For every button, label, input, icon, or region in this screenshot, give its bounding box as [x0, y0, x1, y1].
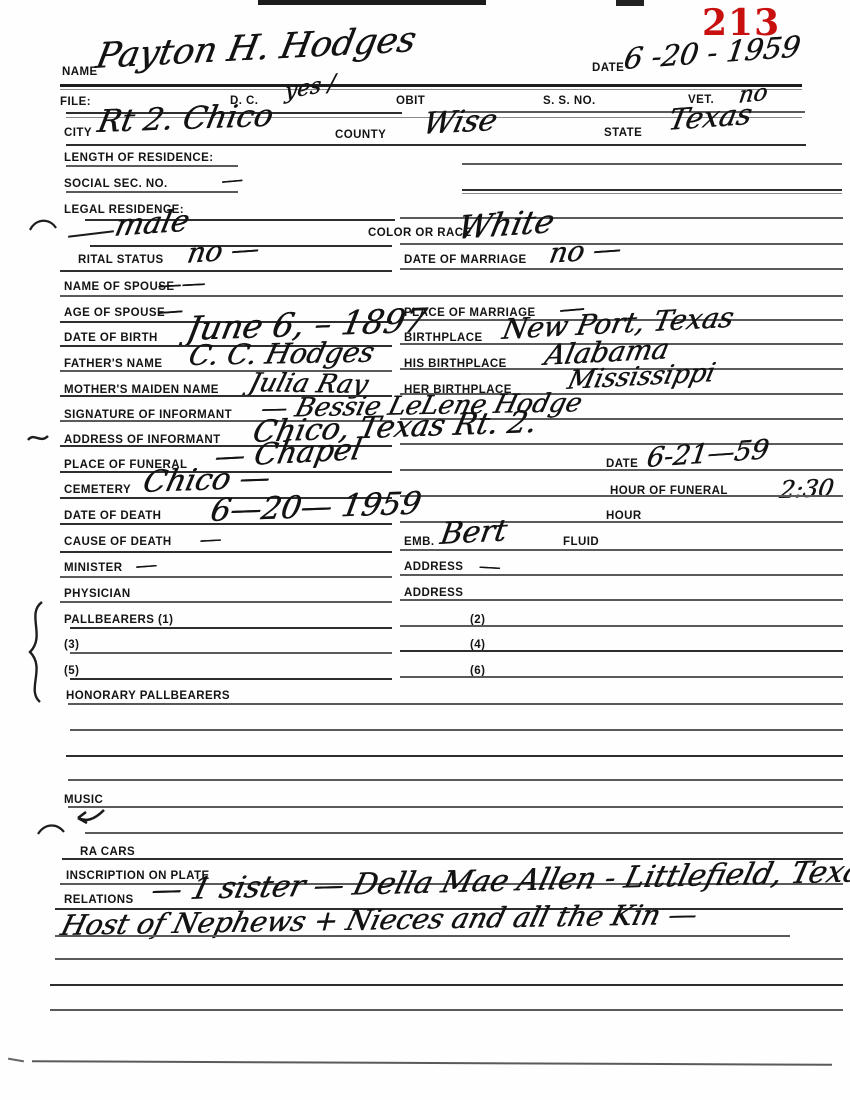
rule-line	[70, 652, 392, 654]
county-label: COUNTY	[335, 129, 386, 142]
date-of-marriage-value: no —	[547, 235, 624, 268]
extra-cars-label: RA CARS	[80, 846, 135, 859]
rule-line	[462, 189, 842, 191]
name-of-spouse-value: ——	[157, 271, 206, 297]
rule-line	[60, 89, 802, 90]
rule-line	[400, 443, 843, 445]
cemetery-label: CEMETERY	[64, 484, 131, 497]
relations-label: RELATIONS	[64, 894, 134, 907]
funeral-date-value: 6-21—59	[645, 436, 771, 472]
marital-status-label: RITAL STATUS	[78, 254, 164, 267]
left-squiggle-mark	[26, 430, 50, 446]
rule-line	[32, 1060, 832, 1065]
sex-lead-stroke	[68, 230, 114, 238]
rule-line	[60, 576, 392, 578]
age-of-spouse-label: AGE OF SPOUSE	[64, 307, 165, 320]
top-edge-band	[258, 0, 486, 5]
rule-line	[66, 191, 238, 193]
fathers-name-value: C. C. Hodges	[186, 339, 377, 370]
dc-value: yes /	[284, 72, 336, 104]
rule-line	[70, 678, 392, 680]
rule-line	[55, 958, 843, 960]
ss-no-label: S. S. NO.	[543, 95, 596, 108]
physician-label: PHYSICIAN	[64, 588, 131, 601]
rule-line	[50, 1009, 843, 1011]
emb-value: Bert	[438, 516, 509, 550]
date-of-death-value: 6—20— 1959	[208, 488, 423, 527]
obit-label: OBIT	[396, 95, 425, 108]
relations-value-line1: — 1 sister — Della Mae Allen - Littlefie…	[148, 857, 850, 906]
left-arc-mark	[36, 822, 66, 836]
rule-line	[66, 755, 843, 757]
name-value: Payton H. Hodges	[93, 23, 419, 75]
state-label: STATE	[604, 127, 642, 140]
rule-line	[462, 193, 842, 194]
rule-line	[60, 601, 392, 603]
hour-of-funeral-value: 2:30	[778, 476, 835, 502]
rule-line	[400, 574, 843, 576]
social-sec-no-label: SOCIAL SEC. NO.	[64, 178, 168, 191]
rule-line	[400, 495, 843, 497]
rule-line	[66, 165, 238, 167]
rule-line	[400, 469, 843, 471]
rule-line	[85, 832, 843, 834]
rule-line	[60, 270, 392, 272]
date-value: 6 -20 - 1959	[622, 32, 802, 74]
city-value: Rt 2. Chico	[95, 101, 276, 138]
honorary-pallbearers-label: HONORARY PALLBEARERS	[66, 690, 230, 703]
music-arrow-mark	[72, 806, 108, 826]
date-of-marriage-label: DATE OF MARRIAGE	[404, 254, 527, 267]
rule-line	[66, 144, 806, 146]
pallbearers-1-label: PALLBEARERS (1)	[64, 614, 173, 627]
rule-line	[68, 703, 843, 705]
rule-line	[400, 676, 843, 678]
cause-of-death-label: CAUSE OF DEATH	[64, 536, 172, 549]
fathers-name-label: FATHER'S NAME	[64, 358, 162, 371]
left-paren-mark	[28, 216, 58, 232]
rule-line	[70, 627, 392, 629]
emb-label: EMB.	[404, 536, 435, 549]
rule-line	[68, 779, 843, 781]
pallbearers-3-label: (3)	[64, 639, 79, 652]
date-of-birth-label: DATE OF BIRTH	[64, 332, 158, 345]
rule-line	[60, 551, 392, 553]
rule-line	[55, 935, 790, 937]
color-or-race-value: White	[455, 205, 557, 244]
file-label: FILE:	[60, 96, 91, 109]
rule-line	[400, 549, 843, 551]
rule-line	[50, 984, 843, 986]
cause-of-death-value: —	[199, 529, 222, 552]
rule-line	[400, 268, 843, 270]
rule-line	[400, 599, 843, 601]
minister-value: —	[134, 555, 157, 578]
marital-status-value: no —	[185, 235, 262, 268]
top-edge-band-small	[616, 0, 644, 6]
rule-line	[68, 806, 843, 808]
rule-line	[400, 650, 843, 652]
date-label: DATE	[592, 62, 624, 75]
rule-line	[70, 729, 843, 731]
rule-line	[60, 84, 802, 87]
bottom-left-dash	[8, 1058, 24, 1063]
left-curly-brace	[18, 600, 46, 704]
minister-address-label: ADDRESS	[404, 561, 463, 574]
social-sec-no-value: —	[220, 169, 244, 193]
pallbearers-5-label: (5)	[64, 665, 79, 678]
rule-line	[60, 523, 392, 525]
music-label: MUSIC	[64, 794, 103, 807]
physician-address-label: ADDRESS	[404, 587, 463, 600]
state-value: Texas	[666, 100, 754, 135]
city-label: CITY	[64, 127, 92, 140]
rule-line	[462, 163, 842, 165]
length-of-residence-label: LENGTH OF RESIDENCE:	[64, 152, 214, 165]
sex-value: male	[112, 206, 192, 242]
her-birthplace-value: Mississippi	[565, 360, 717, 394]
date-of-death-label: DATE OF DEATH	[64, 510, 161, 523]
funeral-record-card: 213 NAME Payton H. Hodges DATE 6 -20 - 1…	[0, 0, 850, 1100]
rule-line	[400, 625, 843, 627]
county-value: Wise	[420, 106, 500, 140]
fluid-label: FLUID	[563, 536, 599, 549]
minister-label: MINISTER	[64, 562, 123, 575]
